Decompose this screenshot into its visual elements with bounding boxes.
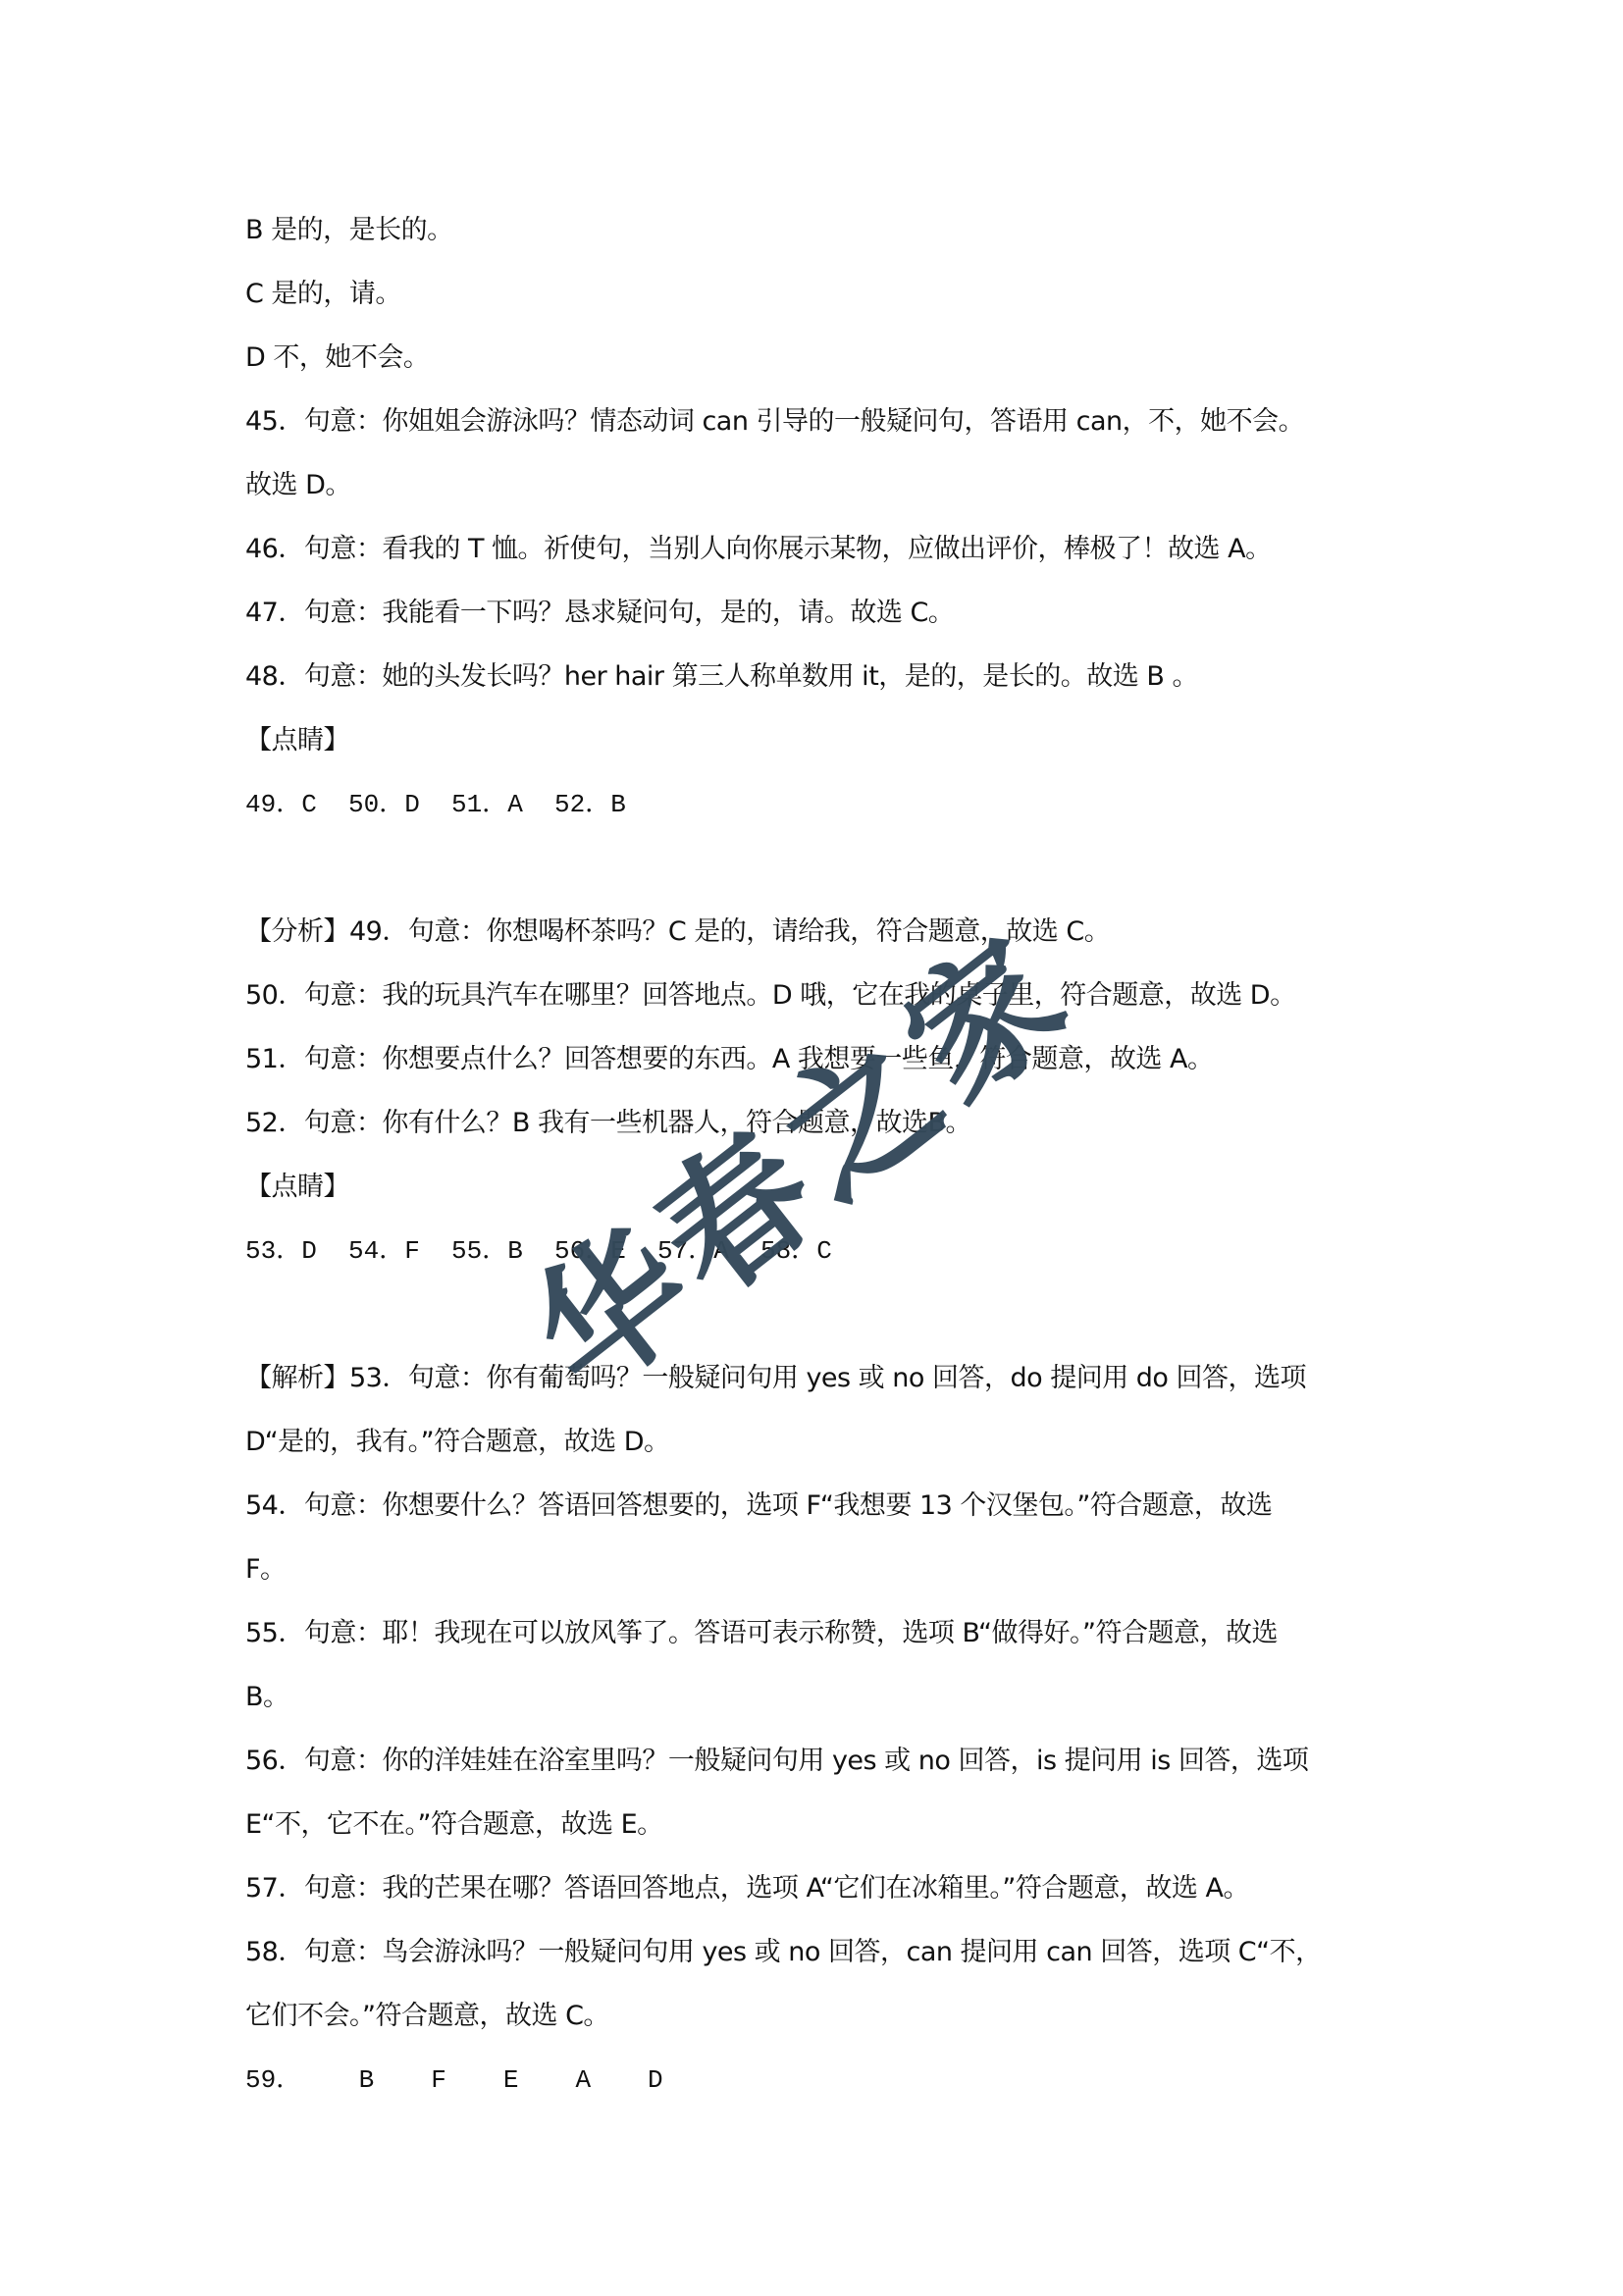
answer-item: D bbox=[648, 2062, 705, 2098]
text-line: 【解析】53．句意：你有葡萄吗？一般疑问句用 yes 或 no 回答，do 提问… bbox=[245, 1361, 1306, 1396]
text-line: 50．句意：我的玩具汽车在哪里？回答地点。D 哦，它在我的桌子里，符合题意，故选… bbox=[245, 978, 1296, 1014]
text-line: E“不，它不在。”符合题意，故选 E。 bbox=[245, 1807, 663, 1843]
answer-item: 51．A bbox=[451, 787, 554, 822]
answer-item: 55．B bbox=[451, 1233, 554, 1269]
answer-item: 50．D bbox=[348, 787, 451, 822]
text-line: 故选 D。 bbox=[245, 468, 351, 503]
text-line: D“是的，我有。”符合题意，故选 D。 bbox=[245, 1425, 670, 1460]
answer-item: A bbox=[575, 2062, 632, 2098]
text-line: 56．句意：你的洋娃娃在浴室里吗？一般疑问句用 yes 或 no 回答，is 提… bbox=[245, 1744, 1308, 1779]
text-line: F。 bbox=[245, 1552, 287, 1588]
text-line: 55．句意：耶！我现在可以放风筝了。答语可表示称赞，选项 B“做得好。”符合题意… bbox=[245, 1616, 1278, 1651]
answer-item: F bbox=[431, 2062, 488, 2098]
answer-item: B bbox=[359, 2062, 416, 2098]
answer-item: 53．D bbox=[245, 1233, 348, 1269]
answer-item: E bbox=[503, 2062, 560, 2098]
text-line: 【点睛】 bbox=[245, 1170, 349, 1205]
text-line: C 是的，请。 bbox=[245, 277, 401, 312]
document-page: B 是的，是长的。C 是的，请。D 不，她不会。45．句意：你姐姐会游泳吗？情态… bbox=[0, 0, 1623, 2296]
text-line: 47．句意：我能看一下吗？恳求疑问句，是的，请。故选 C。 bbox=[245, 596, 954, 631]
answer-item: 58．C bbox=[760, 1233, 864, 1269]
text-line: 【分析】49．句意：你想喝杯茶吗？C 是的，请给我，符合题意，故选 C。 bbox=[245, 914, 1110, 950]
text-line: B 是的，是长的。 bbox=[245, 213, 453, 248]
answer-row-59-lead: 59． bbox=[245, 2062, 343, 2098]
text-line: 48．句意：她的头发长吗？her hair 第三人称单数用 it，是的，是长的。… bbox=[245, 659, 1198, 695]
text-line: D 不，她不会。 bbox=[245, 340, 429, 376]
text-line: 它们不会。”符合题意，故选 C。 bbox=[245, 1999, 609, 2034]
answer-item: 56．E bbox=[554, 1233, 657, 1269]
answer-item: 54．F bbox=[348, 1233, 451, 1269]
text-line: B。 bbox=[245, 1680, 289, 1715]
text-line: 58．句意：鸟会游泳吗？一般疑问句用 yes 或 no 回答，can 提问用 c… bbox=[245, 1935, 1322, 1970]
answer-row: 53．D54．F55．B56．E57．A58．C bbox=[245, 1233, 864, 1269]
watermark: 华春之家 bbox=[482, 876, 1107, 1430]
answer-item: 52．B bbox=[554, 787, 657, 822]
text-line: 51．句意：你想要点什么？回答想要的东西。A 我想要一些鱼，符合题意，故选 A。 bbox=[245, 1042, 1213, 1077]
text-line: 52．句意：你有什么？B 我有一些机器人，符合题意，故选B。 bbox=[245, 1106, 971, 1141]
answer-row-59: 59． B F E A D bbox=[245, 2062, 705, 2098]
answer-row: 49．C50．D51．A52．B bbox=[245, 787, 657, 822]
answer-item: 49．C bbox=[245, 787, 348, 822]
text-line: 46．句意：看我的 T 恤。祈使句，当别人向你展示某物，应做出评价，棒极了！故选… bbox=[245, 532, 1272, 567]
answer-item: 57．A bbox=[657, 1233, 760, 1269]
text-line: 54．句意：你想要什么？答语回答想要的，选项 F“我想要 13 个汉堡包。”符合… bbox=[245, 1488, 1272, 1524]
text-line: 【点睛】 bbox=[245, 723, 349, 758]
text-line: 57．句意：我的芒果在哪？答语回答地点，选项 A“它们在冰箱里。”符合题意，故选… bbox=[245, 1871, 1249, 1906]
text-line: 45．句意：你姐姐会游泳吗？情态动词 can 引导的一般疑问句，答语用 can，… bbox=[245, 404, 1304, 440]
